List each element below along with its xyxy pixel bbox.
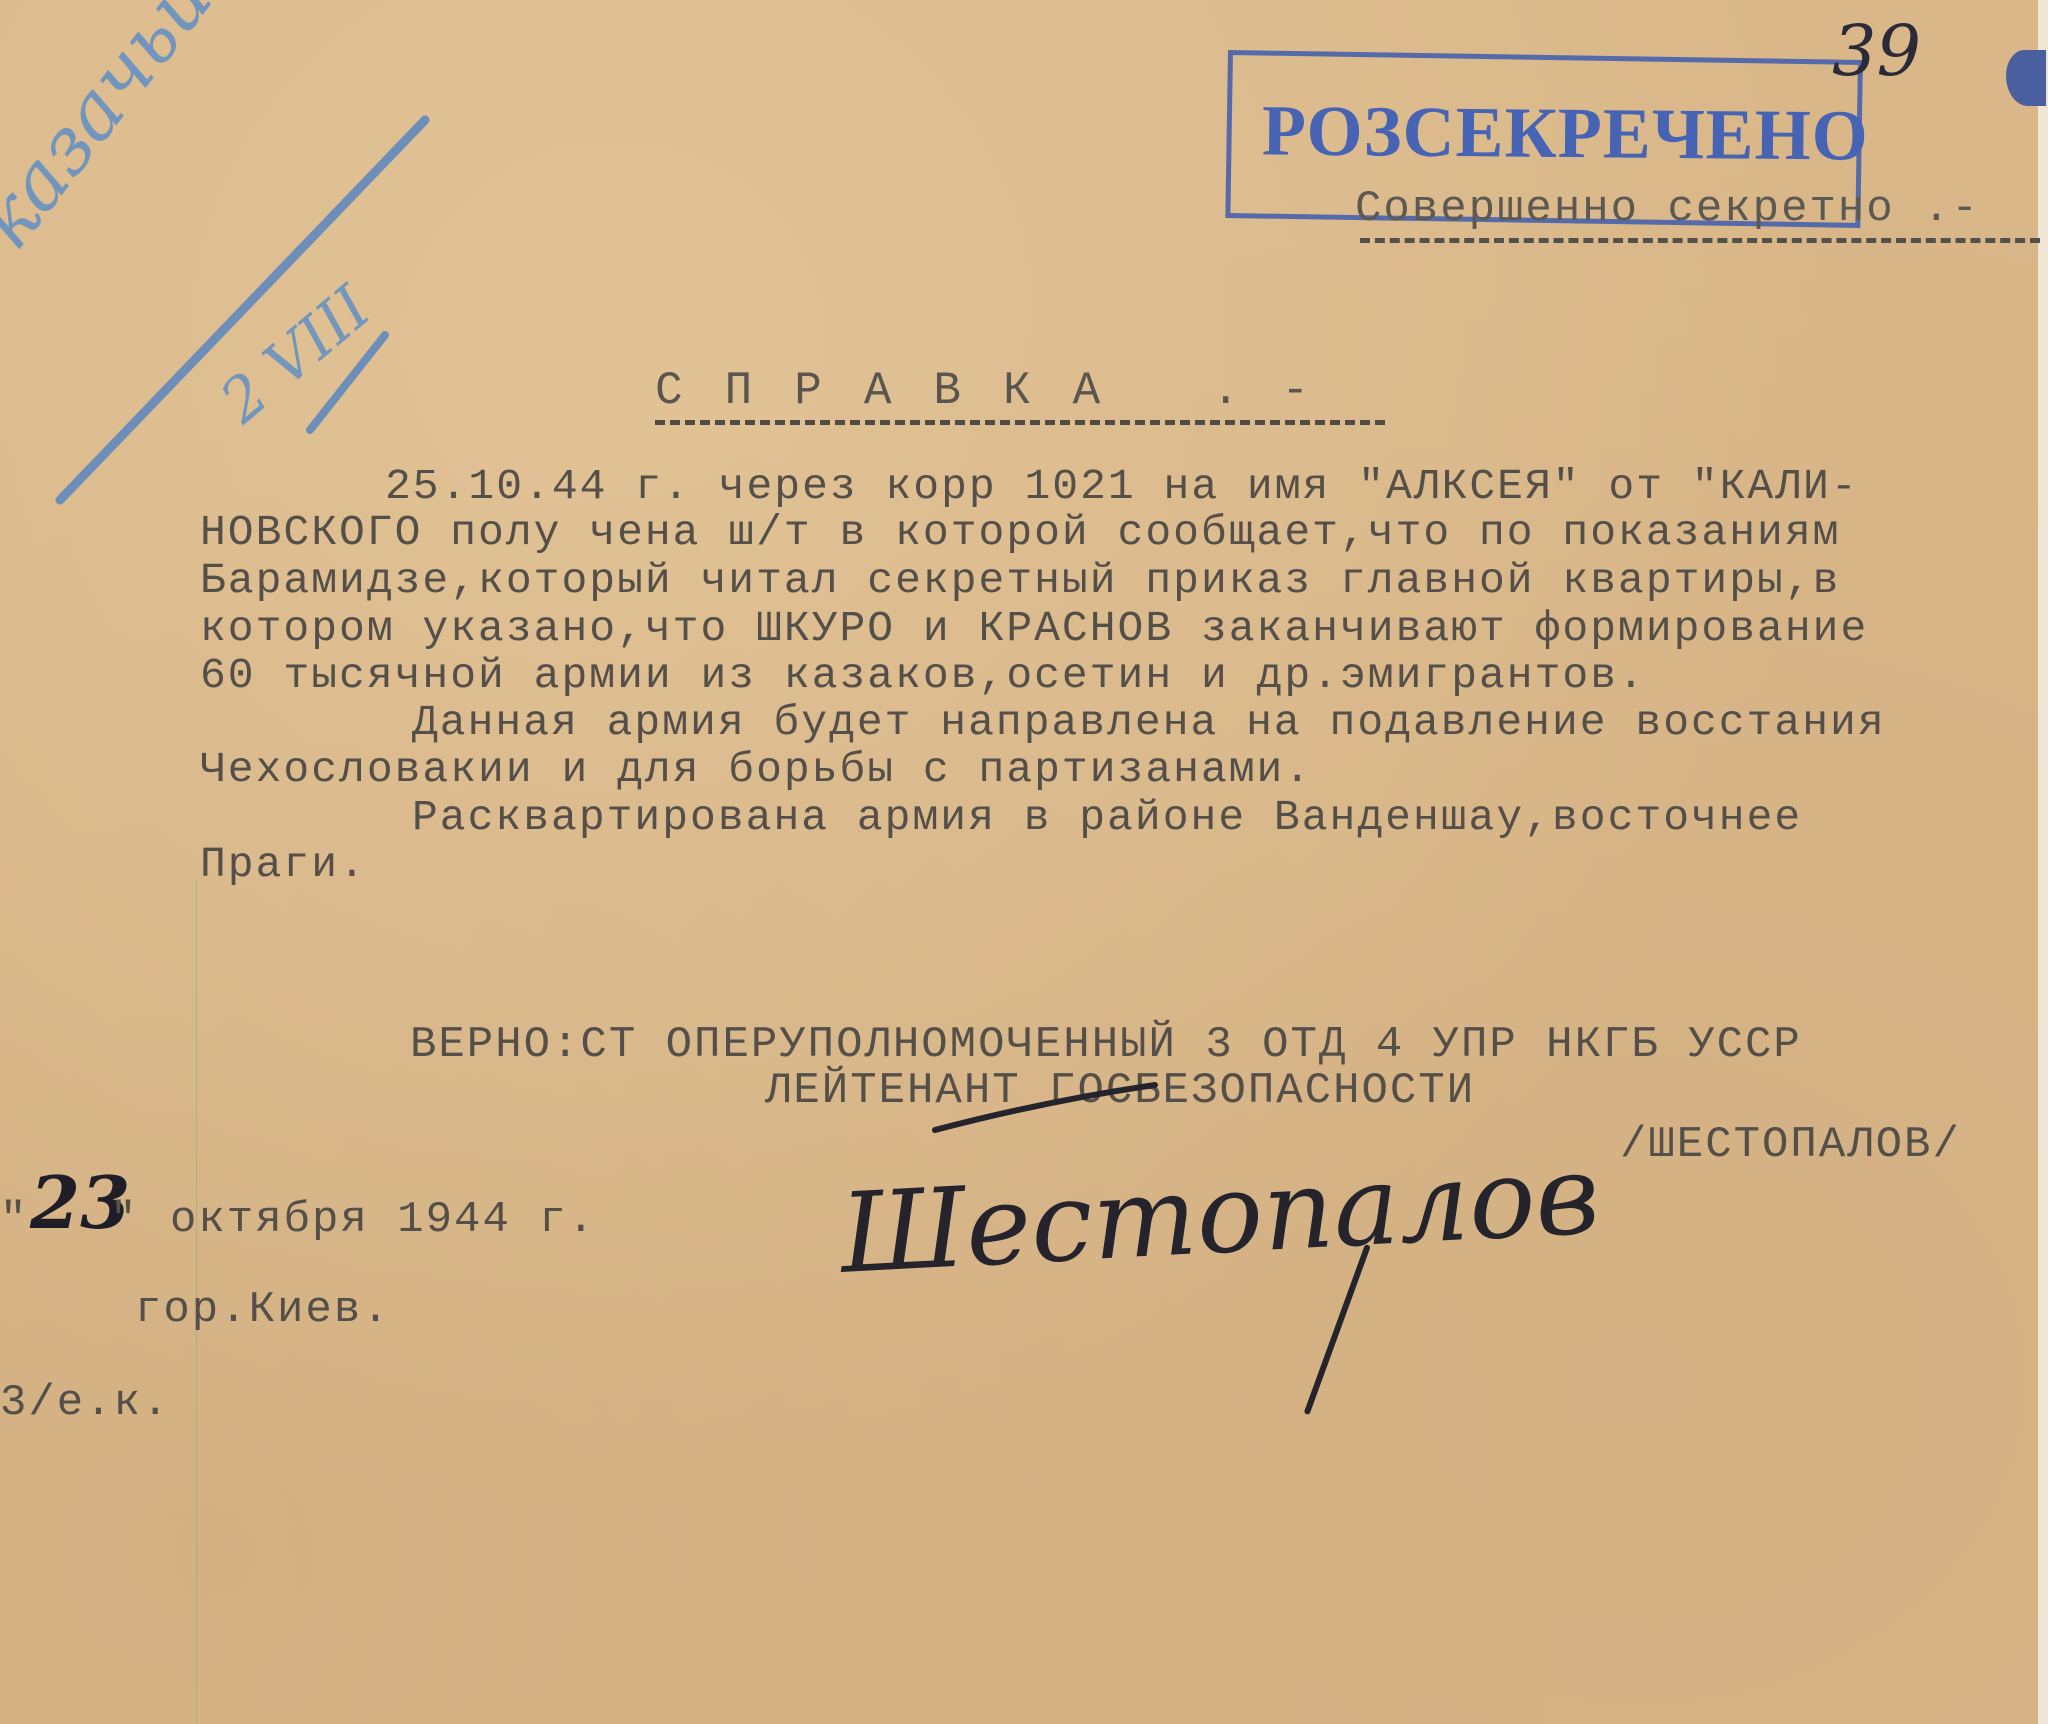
body-line: НОВСКОГО полу чена ш/т в которой сообщае… bbox=[200, 508, 1840, 557]
date-quote-open: " bbox=[0, 1195, 28, 1245]
body-line: котором указано,что ШКУРО и КРАСНОВ зака… bbox=[200, 604, 1868, 653]
page-number: 39 bbox=[1832, 10, 1921, 92]
body-line: 60 тысячной армии из казаков,осетин и др… bbox=[200, 651, 1646, 700]
classification-underline bbox=[1360, 238, 2040, 243]
signatory-name: /ШЕСТОПАЛОВ/ bbox=[1620, 1120, 1961, 1170]
place-label: гор.Киев. bbox=[135, 1285, 391, 1335]
declassified-stamp: РОЗСЕКРЕЧЕНО bbox=[1262, 89, 1869, 177]
reference-code: 3/е.к. bbox=[0, 1378, 170, 1428]
page-title: СПРАВКА .- bbox=[655, 365, 1351, 417]
ink-blot-icon bbox=[2006, 50, 2046, 106]
date-quote-close: " bbox=[110, 1195, 138, 1245]
title-underline bbox=[655, 420, 1385, 425]
body-line: Расквартирована армия в районе Ванденшау… bbox=[412, 793, 1802, 842]
classification-label: Совершенно секретно .- bbox=[1355, 184, 1980, 234]
handwritten-signature: Шестопалов bbox=[837, 1130, 1602, 1298]
body-line: 25.10.44 г. через корр 1021 на имя "АЛКС… bbox=[385, 462, 1859, 511]
signature-title-line: ВЕРНО:СТ ОПЕРУПОЛНОМОЧЕННЫЙ 3 ОТД 4 УПР … bbox=[410, 1020, 1802, 1070]
pencil-strike-icon bbox=[40, 100, 440, 520]
date-text: октября 1944 г. bbox=[170, 1195, 596, 1245]
body-line: Чехословакии и для борьбы с партизанами. bbox=[200, 745, 1312, 794]
scan-edge bbox=[2038, 0, 2048, 1724]
body-line: Данная армия будет направлена на подавле… bbox=[412, 698, 1886, 747]
signature-stroke-icon bbox=[930, 1080, 1160, 1140]
body-line: Барамидзе,который читал секретный приказ… bbox=[200, 556, 1840, 605]
body-line: Праги. bbox=[200, 840, 367, 889]
